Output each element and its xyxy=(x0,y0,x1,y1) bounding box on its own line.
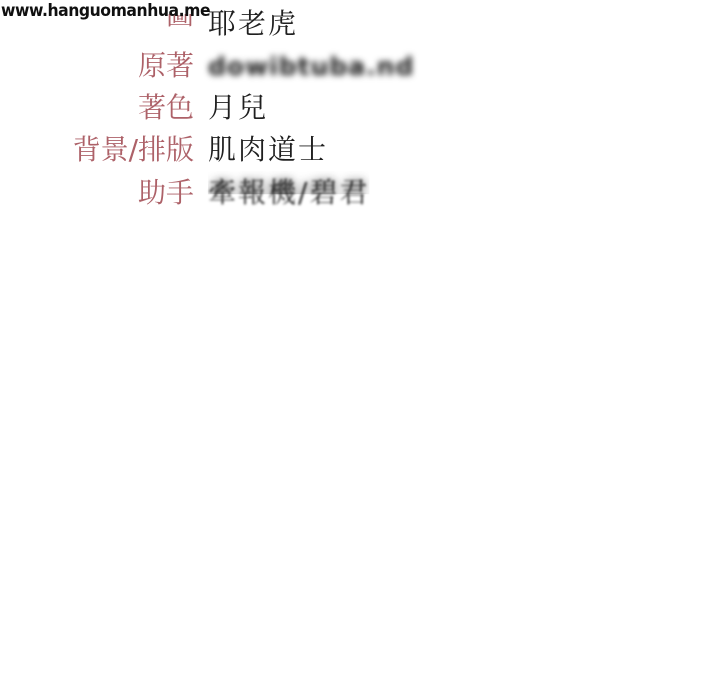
credit-label-original-author: 原著 xyxy=(0,45,194,87)
credit-label-colorist: 著色 xyxy=(0,87,194,129)
credit-row-original-author: 原著 dowibtuba.nd xyxy=(0,45,414,87)
credit-label-assistant: 助手 xyxy=(0,172,194,214)
credits-block: 圖 耶老虎 原著 dowibtuba.nd 著色 月兒 背景/排版 肌肉道士 助… xyxy=(0,3,414,213)
credit-value-assistant-blurred: 牽報機/碧君 牽報機/碧君 xyxy=(208,171,369,211)
site-watermark: www.hanguomanhua.me xyxy=(1,1,210,21)
credit-value-original-author-blurred: dowibtuba.nd xyxy=(208,46,414,88)
comic-credits-page: www.hanguomanhua.me 圖 耶老虎 原著 dowibtuba.n… xyxy=(0,0,720,685)
credit-value-colorist: 月兒 xyxy=(208,87,268,129)
credit-row-background-typesetting: 背景/排版 肌肉道士 xyxy=(0,129,414,171)
credit-row-colorist: 著色 月兒 xyxy=(0,87,414,129)
credit-label-background-typesetting: 背景/排版 xyxy=(0,129,194,171)
credit-value-background-typesetting: 肌肉道士 xyxy=(208,129,328,171)
credit-row-assistant: 助手 牽報機/碧君 牽報機/碧君 xyxy=(0,171,414,213)
credit-value-artist: 耶老虎 xyxy=(208,3,298,45)
credit-value-assistant-base: 牽報機/碧君 xyxy=(208,176,369,209)
